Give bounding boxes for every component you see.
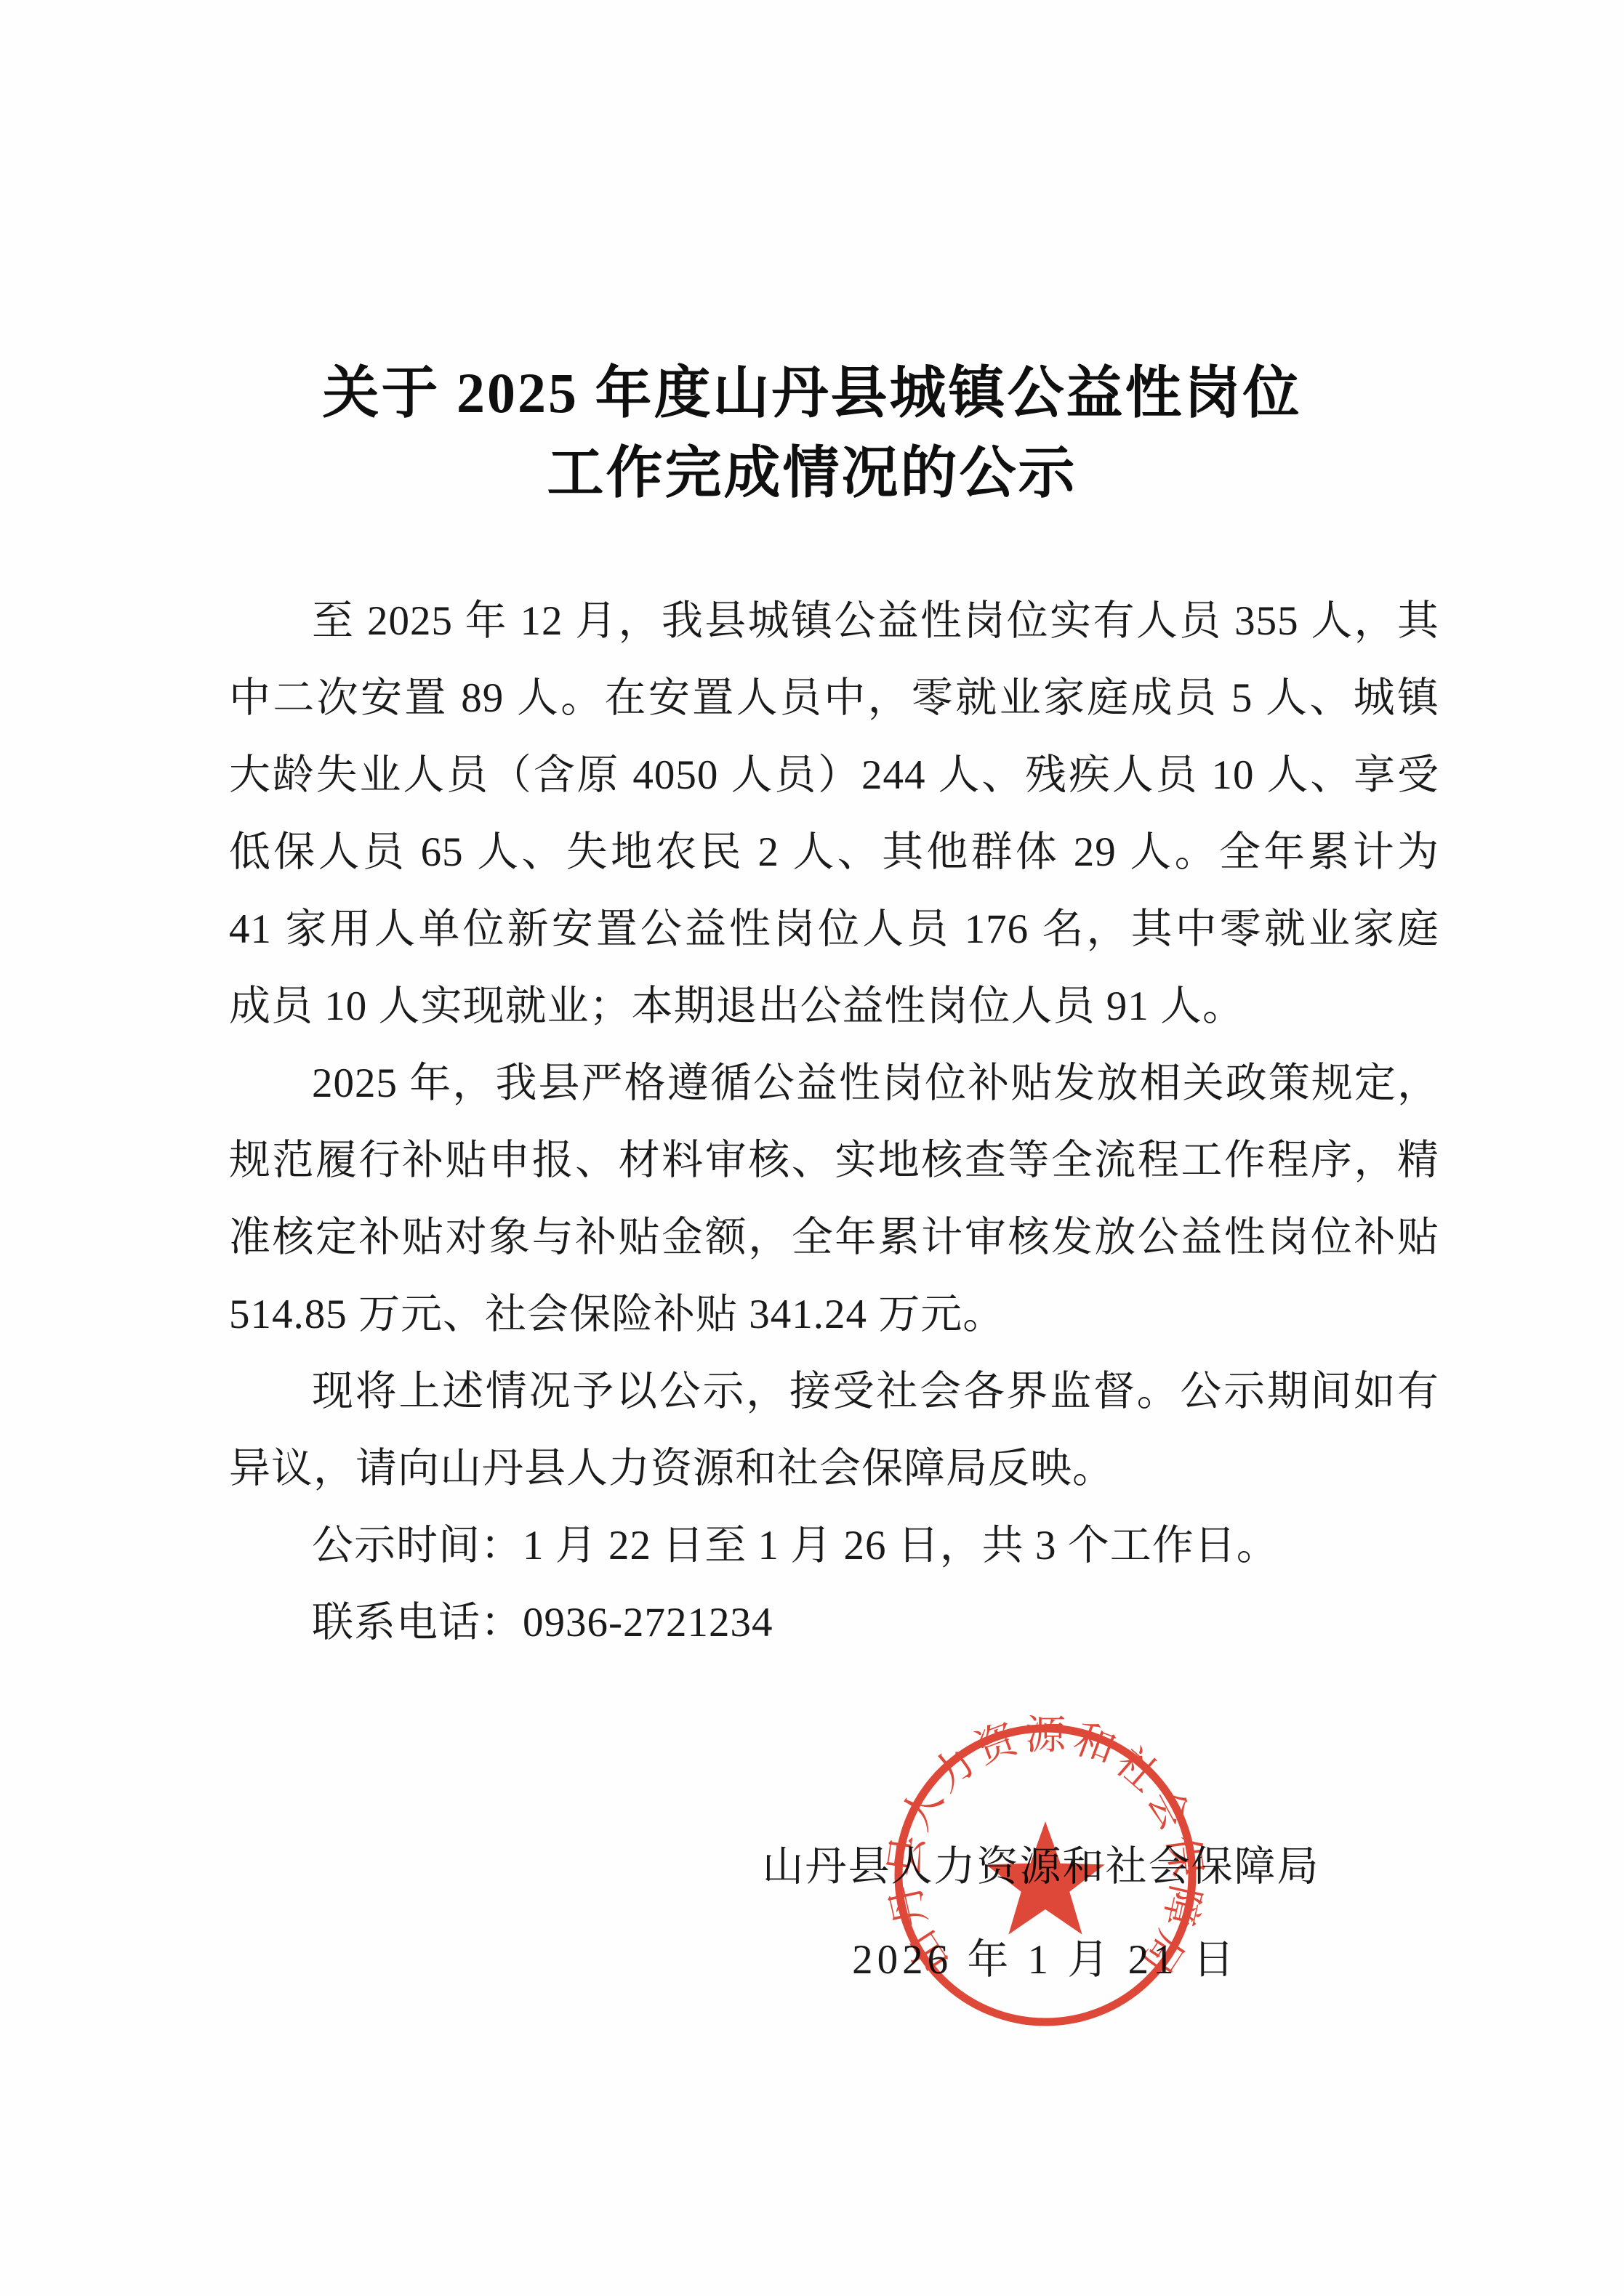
- body-line: 准核定补贴对象与补贴金额，全年累计审核发放公益性岗位补贴: [229, 1199, 1439, 1276]
- body-line: 低保人员 65 人、失地农民 2 人、其他群体 29 人。全年累计为: [229, 814, 1439, 891]
- official-seal: 山丹县人力资源和社会保障局: [885, 1715, 1205, 2035]
- scanned-notice-page: 关于 2025 年度山丹县城镇公益性岗位 工作完成情况的公示 至 2025 年 …: [0, 0, 1624, 2296]
- contact-phone-line: 联系电话：0936-2721234: [229, 1584, 1439, 1661]
- body-line: 514.85 万元、社会保险补贴 341.24 万元。: [229, 1276, 1439, 1353]
- title-line-2: 工作完成情况的公示: [0, 433, 1624, 513]
- body-line: 至 2025 年 12 月，我县城镇公益性岗位实有人员 355 人，其: [229, 583, 1439, 660]
- title-line-1: 关于 2025 年度山丹县城镇公益性岗位: [0, 353, 1624, 433]
- seal-star-icon: [986, 1821, 1105, 1935]
- body-line: 规范履行补贴申报、材料审核、实地核查等全流程工作程序，精: [229, 1122, 1439, 1199]
- body-line: 成员 10 人实现就业；本期退出公益性岗位人员 91 人。: [229, 968, 1439, 1045]
- page-title: 关于 2025 年度山丹县城镇公益性岗位 工作完成情况的公示: [0, 0, 1624, 513]
- publicity-time-line: 公示时间：1 月 22 日至 1 月 26 日，共 3 个工作日。: [229, 1507, 1439, 1584]
- notice-body: 至 2025 年 12 月，我县城镇公益性岗位实有人员 355 人，其 中二次安…: [229, 583, 1439, 1661]
- body-line: 大龄失业人员（含原 4050 人员）244 人、残疾人员 10 人、享受: [229, 737, 1439, 814]
- body-line: 中二次安置 89 人。在安置人员中，零就业家庭成员 5 人、城镇: [229, 660, 1439, 737]
- body-line: 异议，请向山丹县人力资源和社会保障局反映。: [229, 1430, 1439, 1507]
- body-line: 41 家用人单位新安置公益性岗位人员 176 名，其中零就业家庭: [229, 891, 1439, 968]
- body-line: 2025 年，我县严格遵循公益性岗位补贴发放相关政策规定，: [229, 1045, 1439, 1122]
- body-line: 现将上述情况予以公示，接受社会各界监督。公示期间如有: [229, 1353, 1439, 1430]
